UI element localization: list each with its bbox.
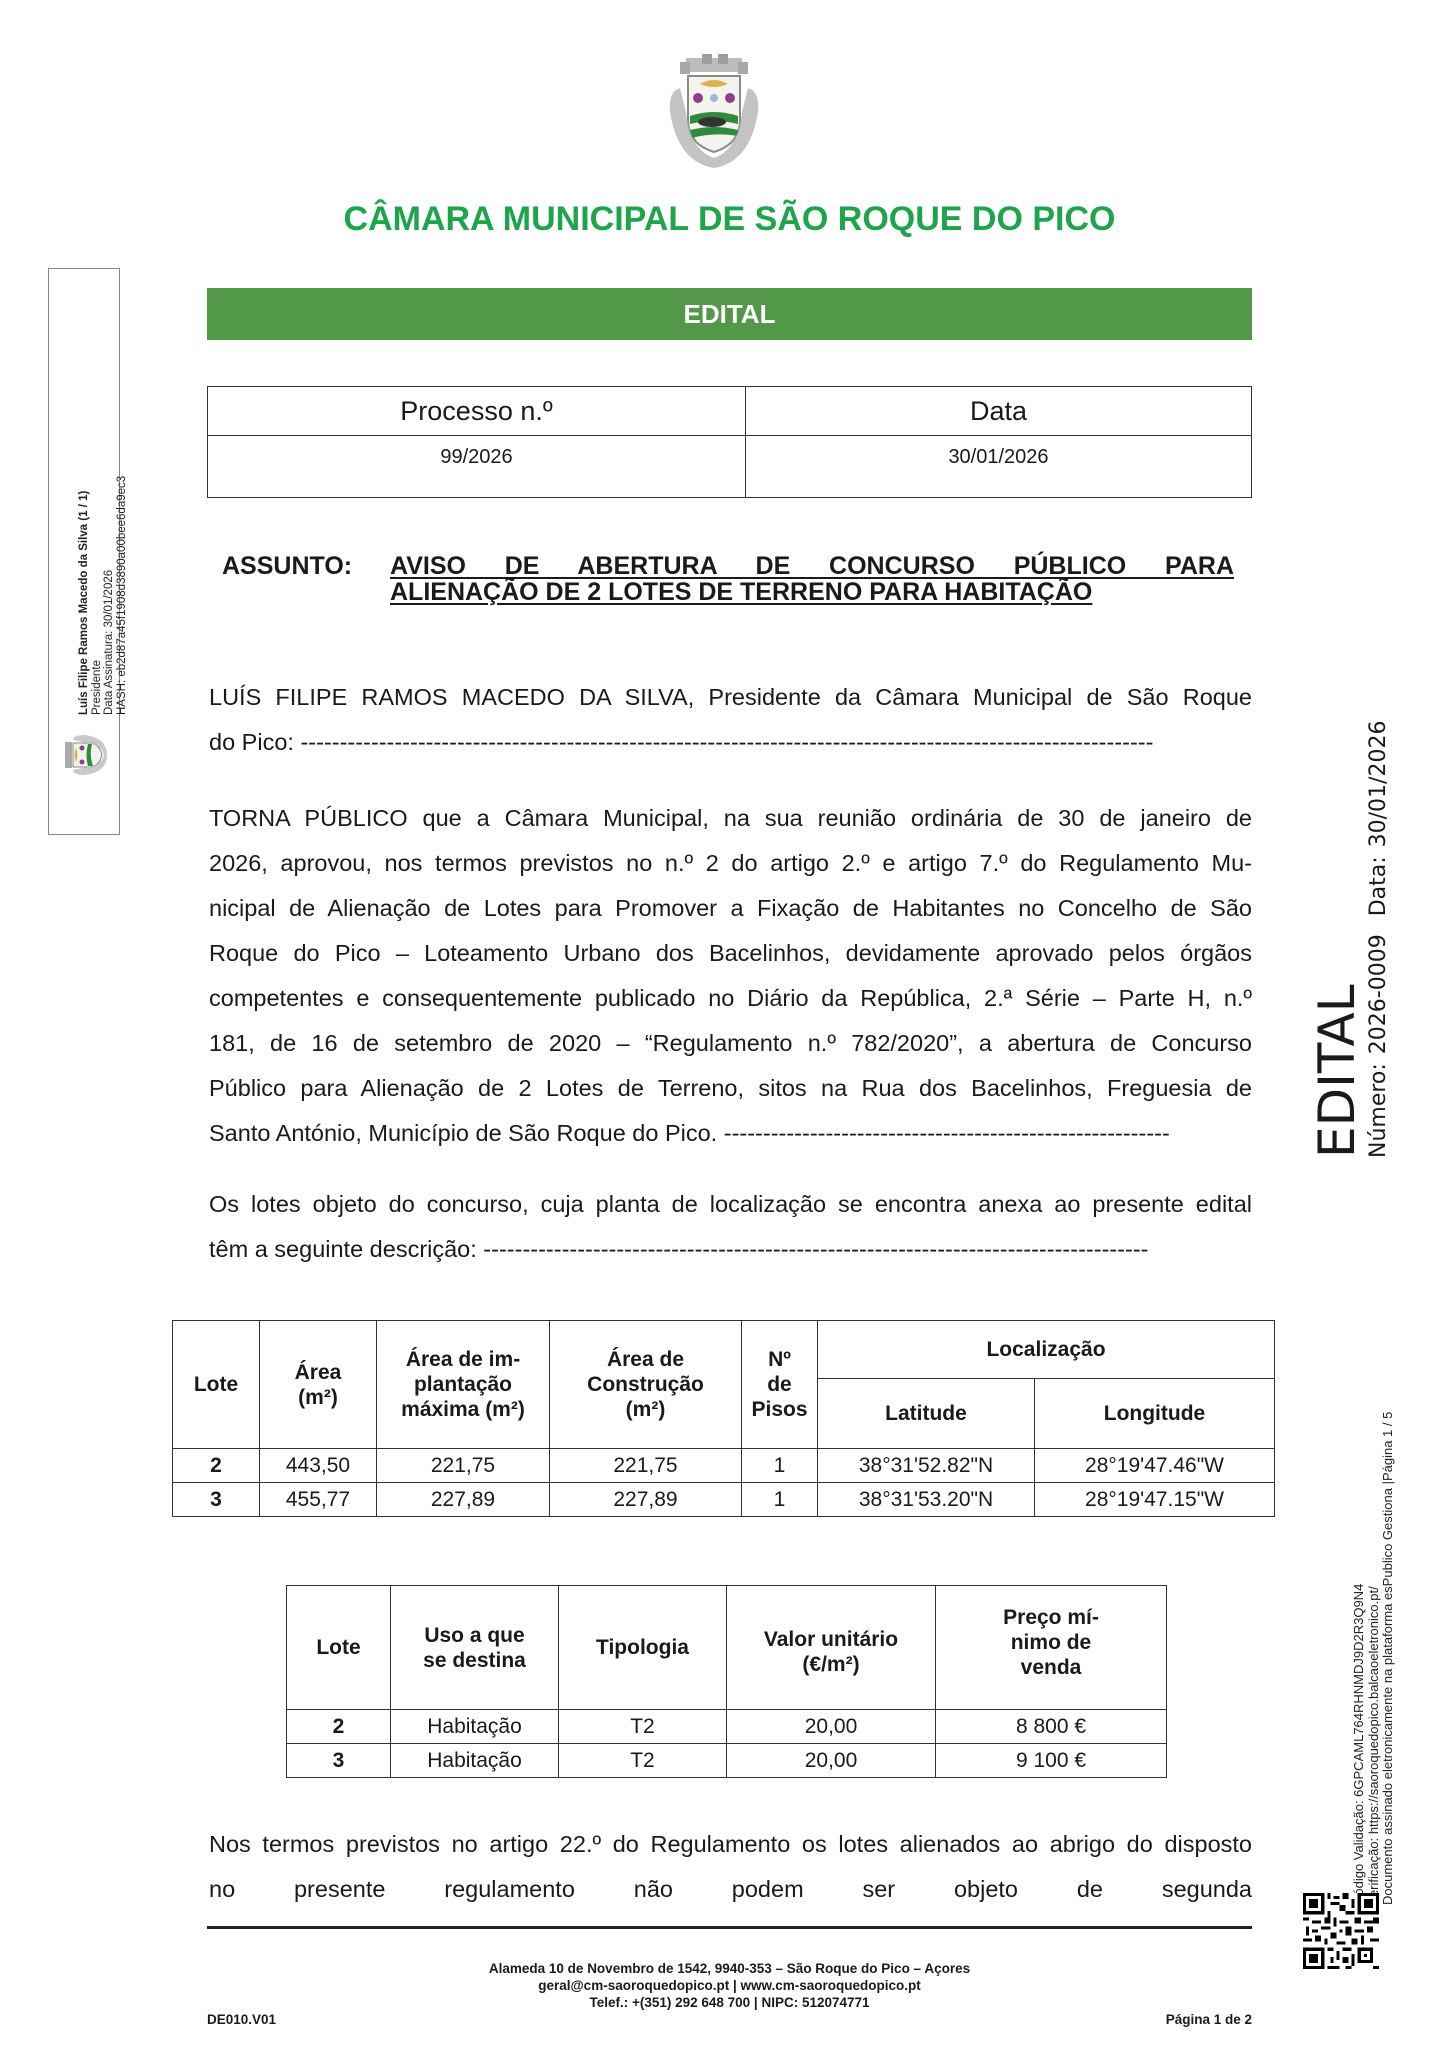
signature-hash: HASH: eb2d87a45f1908d3890a00bee6da9ec3: [116, 476, 129, 715]
organization-title: CÂMARA MUNICIPAL DE SÃO ROQUE DO PICO: [207, 200, 1252, 239]
col-header-pisos: NºdePisos: [742, 1321, 818, 1449]
page-number: Página 1 de 2: [1166, 2012, 1252, 2027]
cell-implantacao: 221,75: [377, 1449, 550, 1483]
cell-tipologia: T2: [559, 1710, 727, 1744]
text-line: Roque do Pico – Loteamento Urbano dos Ba…: [209, 931, 1252, 976]
text-line: competentes e consequentemente publicado…: [209, 976, 1252, 1021]
stamp-date: Data: 30/01/2026: [1366, 721, 1391, 917]
cell-preco: 9 100 €: [936, 1744, 1167, 1778]
text-line: 2026, aprovou, nos termos previstos no n…: [209, 841, 1252, 886]
cell-lote: 3: [287, 1744, 391, 1778]
text-line: Nos termos previstos no artigo 22.º do R…: [209, 1822, 1252, 1867]
signer-role: Presidente: [91, 476, 104, 715]
cell-implantacao: 227,89: [377, 1483, 550, 1517]
col-header-implantacao: Área de im-plantaçãomáxima (m²): [377, 1321, 550, 1449]
footer-address: Alameda 10 de Novembro de 1542, 9940-353…: [207, 1960, 1252, 1977]
col-header-lote: Lote: [287, 1586, 391, 1710]
cell-pisos: 1: [742, 1449, 818, 1483]
col-header-longitude: Longitude: [1035, 1379, 1275, 1449]
municipal-crest-icon: [666, 52, 762, 172]
cell-lote: 2: [287, 1710, 391, 1744]
subject-line-2: ALIENAÇÃO DE 2 LOTES DE TERRENO PARA HAB…: [390, 579, 1234, 605]
cell-latitude: 38°31'52.82"N: [818, 1449, 1035, 1483]
text-line: TORNA PÚBLICO que a Câmara Municipal, na…: [209, 796, 1252, 841]
col-header-valor: Valor unitário(€/m²): [727, 1586, 936, 1710]
verification-info: Código Validação: 6GPCAML764RHNMDJ9D2R3Q…: [1352, 1412, 1396, 1905]
cell-uso: Habitação: [391, 1710, 559, 1744]
cell-tipologia: T2: [559, 1744, 727, 1778]
validation-code: Código Validação: 6GPCAML764RHNMDJ9D2R3Q…: [1352, 1412, 1367, 1905]
document-code: DE010.V01: [207, 2012, 276, 2027]
signature-details: Luís Filipe Ramos Macedo da Silva (1 / 1…: [78, 476, 128, 715]
text-line: Santo António, Município de São Roque do…: [209, 1111, 1252, 1156]
footer-divider: [207, 1926, 1252, 1929]
table-row: 3 455,77 227,89 227,89 1 38°31'53.20"N 2…: [173, 1483, 1275, 1517]
text-line: 181, de 16 de setembro de 2020 – “Regula…: [209, 1021, 1252, 1066]
cell-longitude: 28°19'47.15"W: [1035, 1483, 1275, 1517]
text-line: têm a seguinte descrição: --------------…: [209, 1227, 1252, 1272]
stamp-type: EDITAL: [1312, 984, 1362, 1158]
col-header-localizacao: Localização: [818, 1321, 1275, 1379]
signature-date: Data Assinatura: 30/01/2026: [103, 476, 116, 715]
cell-lote: 2: [173, 1449, 260, 1483]
subject-text: AVISO DE ABERTURA DE CONCURSO PÚBLICO PA…: [390, 553, 1234, 605]
intro-paragraph: LUÍS FILIPE RAMOS MACEDO DA SILVA, Presi…: [209, 675, 1252, 765]
lots-intro-paragraph: Os lotes objeto do concurso, cuja planta…: [209, 1182, 1252, 1272]
platform-note: Documento assinado eletronicamente na pl…: [1381, 1412, 1396, 1905]
cell-area: 455,77: [260, 1483, 377, 1517]
col-header-lote: Lote: [173, 1321, 260, 1449]
closing-paragraph: Nos termos previstos no artigo 22.º do R…: [209, 1822, 1252, 1912]
document-type-banner: EDITAL: [207, 288, 1252, 340]
footer-email-web: geral@cm-saoroquedopico.pt | www.cm-saor…: [207, 1977, 1252, 1994]
text-line: nicipal de Alienação de Lotes para Promo…: [209, 886, 1252, 931]
col-header-preco: Preço mí-nimo devenda: [936, 1586, 1167, 1710]
text-line: Os lotes objeto do concurso, cuja planta…: [209, 1182, 1252, 1227]
text-line: Público para Alienação de 2 Lotes de Ter…: [209, 1066, 1252, 1111]
cell-latitude: 38°31'53.20"N: [818, 1483, 1035, 1517]
col-header-latitude: Latitude: [818, 1379, 1035, 1449]
lots-description-table: Lote Área(m²) Área de im-plantaçãomáxima…: [172, 1320, 1275, 1517]
qr-code-icon[interactable]: [1302, 1893, 1380, 1969]
cell-longitude: 28°19'47.46"W: [1035, 1449, 1275, 1483]
cell-construcao: 221,75: [550, 1449, 742, 1483]
cell-valor: 20,00: [727, 1744, 936, 1778]
subject-line-1: AVISO DE ABERTURA DE CONCURSO PÚBLICO PA…: [390, 553, 1234, 579]
cell-lote: 3: [173, 1483, 260, 1517]
cell-construcao: 227,89: [550, 1483, 742, 1517]
col-header-uso: Uso a quese destina: [391, 1586, 559, 1710]
edital-stamp: EDITAL: [1312, 984, 1362, 1158]
table-row: 3 Habitação T2 20,00 9 100 €: [287, 1744, 1167, 1778]
footer-phone: Telef.: +(351) 292 648 700 | NIPC: 51207…: [207, 1994, 1252, 2011]
text-line: no presente regulamento não podem ser ob…: [209, 1867, 1252, 1912]
process-date-value: 30/01/2026: [746, 436, 1252, 498]
signature-crest-icon: [61, 732, 107, 778]
col-header-tipologia: Tipologia: [559, 1586, 727, 1710]
cell-area: 443,50: [260, 1449, 377, 1483]
stamp-number: Número: 2026-0009: [1366, 934, 1391, 1158]
announcement-paragraph: TORNA PÚBLICO que a Câmara Municipal, na…: [209, 796, 1252, 1156]
cell-valor: 20,00: [727, 1710, 936, 1744]
cell-preco: 8 800 €: [936, 1710, 1167, 1744]
process-number-value: 99/2026: [208, 436, 746, 498]
col-header-area: Área(m²): [260, 1321, 377, 1449]
table-row: 2 443,50 221,75 221,75 1 38°31'52.82"N 2…: [173, 1449, 1275, 1483]
process-info-table: Processo n.º Data 99/2026 30/01/2026: [207, 386, 1252, 498]
cell-uso: Habitação: [391, 1744, 559, 1778]
text-line: LUÍS FILIPE RAMOS MACEDO DA SILVA, Presi…: [209, 675, 1252, 720]
text-line: do Pico: -------------------------------…: [209, 720, 1252, 765]
stamp-meta: Número: 2026-0009Data: 30/01/2026: [1367, 721, 1391, 1158]
verification-url[interactable]: Verificação: https://saoroquedopico.balc…: [1367, 1412, 1382, 1905]
process-number-header: Processo n.º: [208, 387, 746, 436]
sales-conditions-table: Lote Uso a quese destina Tipologia Valor…: [286, 1585, 1167, 1778]
footer-contact-block: Alameda 10 de Novembro de 1542, 9940-353…: [207, 1960, 1252, 2011]
signer-name: Luís Filipe Ramos Macedo da Silva (1 / 1…: [78, 476, 91, 715]
process-date-header: Data: [746, 387, 1252, 436]
cell-pisos: 1: [742, 1483, 818, 1517]
table-row: 2 Habitação T2 20,00 8 800 €: [287, 1710, 1167, 1744]
subject-label: ASSUNTO:: [222, 553, 352, 579]
col-header-construcao: Área deConstrução(m²): [550, 1321, 742, 1449]
